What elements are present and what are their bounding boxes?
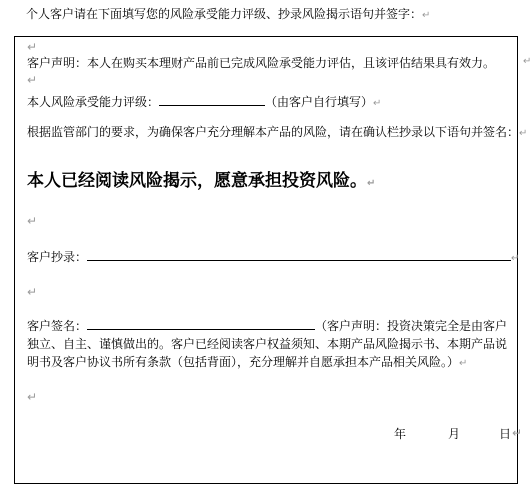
- risk-rating-field[interactable]: [159, 93, 265, 106]
- transcription-field[interactable]: [87, 248, 511, 261]
- confirmation-box: ↵ 客户声明：本人在购买本理财产品前已完成风险承受能力评估，且该评估结果具有效力…: [14, 36, 518, 484]
- risk-statement: 本人已经阅读风险揭示，愿意承担投资风险。↵: [27, 170, 375, 195]
- paragraph-mark-icon: ↵: [27, 213, 37, 229]
- paragraph-mark-icon: ↵: [27, 72, 37, 88]
- signature-row: 客户签名：（客户声明：投资决策完全是由客户: [27, 317, 509, 335]
- signature-field[interactable]: [87, 317, 315, 330]
- risk-rating-label: 本人风险承受能力评级：: [27, 95, 159, 109]
- risk-rating-row: 本人风险承受能力评级：（由客户自行填写）↵: [27, 93, 381, 112]
- signature-label: 客户签名：: [27, 319, 87, 333]
- intro-text: 个人客户请在下面填写您的风险承受能力评级、抄录风险揭示语句并签字：: [26, 7, 422, 21]
- paragraph-mark-icon: ↵: [511, 253, 519, 264]
- paragraph-mark-icon: ↵: [367, 178, 375, 189]
- date-month-label: 月: [448, 425, 460, 442]
- paragraph-mark-icon: ↵: [27, 284, 37, 300]
- customer-declaration: 客户声明：本人在购买本理财产品前已完成风险承受能力评估，且该评估结果具有效力。: [27, 55, 495, 71]
- paragraph-mark-icon: ↵: [512, 426, 522, 440]
- regulatory-note: 根据监管部门的要求，为确保客户充分理解本产品的风险，请在确认栏抄录以下语句并签名…: [27, 124, 527, 142]
- risk-statement-text: 本人已经阅读风险揭示，愿意承担投资风险。: [27, 171, 367, 191]
- date-year-label: 年: [394, 425, 406, 442]
- signature-declaration-line2: 独立、自主、谨慎做出的。客户已经阅读客户权益须知、本期产品风险揭示书、本期产品说: [27, 335, 509, 353]
- signature-declaration-line3-row: 明书及客户协议书所有条款（包括背面），充分理解并自愿承担本产品相关风险。）↵: [27, 353, 509, 373]
- paragraph-mark-icon: ↵: [422, 10, 430, 21]
- signature-section: 客户签名：（客户声明：投资决策完全是由客户 独立、自主、谨慎做出的。客户已经阅读…: [27, 317, 509, 373]
- signature-declaration-line3: 明书及客户协议书所有条款（包括背面），充分理解并自愿承担本产品相关风险。）: [27, 355, 459, 369]
- paragraph-mark-icon: ↵: [27, 39, 37, 55]
- signature-declaration-line1: （客户声明：投资决策完全是由客户: [315, 319, 507, 333]
- date-day-label: 日: [499, 425, 511, 442]
- paragraph-mark-icon: ↵: [523, 56, 531, 67]
- intro-instruction: 个人客户请在下面填写您的风险承受能力评级、抄录风险揭示语句并签字：↵: [26, 5, 430, 22]
- paragraph-mark-icon: ↵: [519, 128, 527, 139]
- paragraph-mark-icon: ↵: [27, 389, 37, 405]
- risk-rating-note: （由客户自行填写）: [265, 95, 373, 109]
- transcription-row: 客户抄录：↵: [27, 248, 519, 267]
- paragraph-mark-icon: ↵: [459, 358, 467, 369]
- declaration-text: 客户声明：本人在购买本理财产品前已完成风险承受能力评估，且该评估结果具有效力。: [27, 56, 495, 70]
- regulatory-note-text: 根据监管部门的要求，为确保客户充分理解本产品的风险，请在确认栏抄录以下语句并签名…: [27, 125, 519, 139]
- paragraph-mark-icon: ↵: [373, 98, 381, 109]
- transcription-label: 客户抄录：: [27, 250, 87, 264]
